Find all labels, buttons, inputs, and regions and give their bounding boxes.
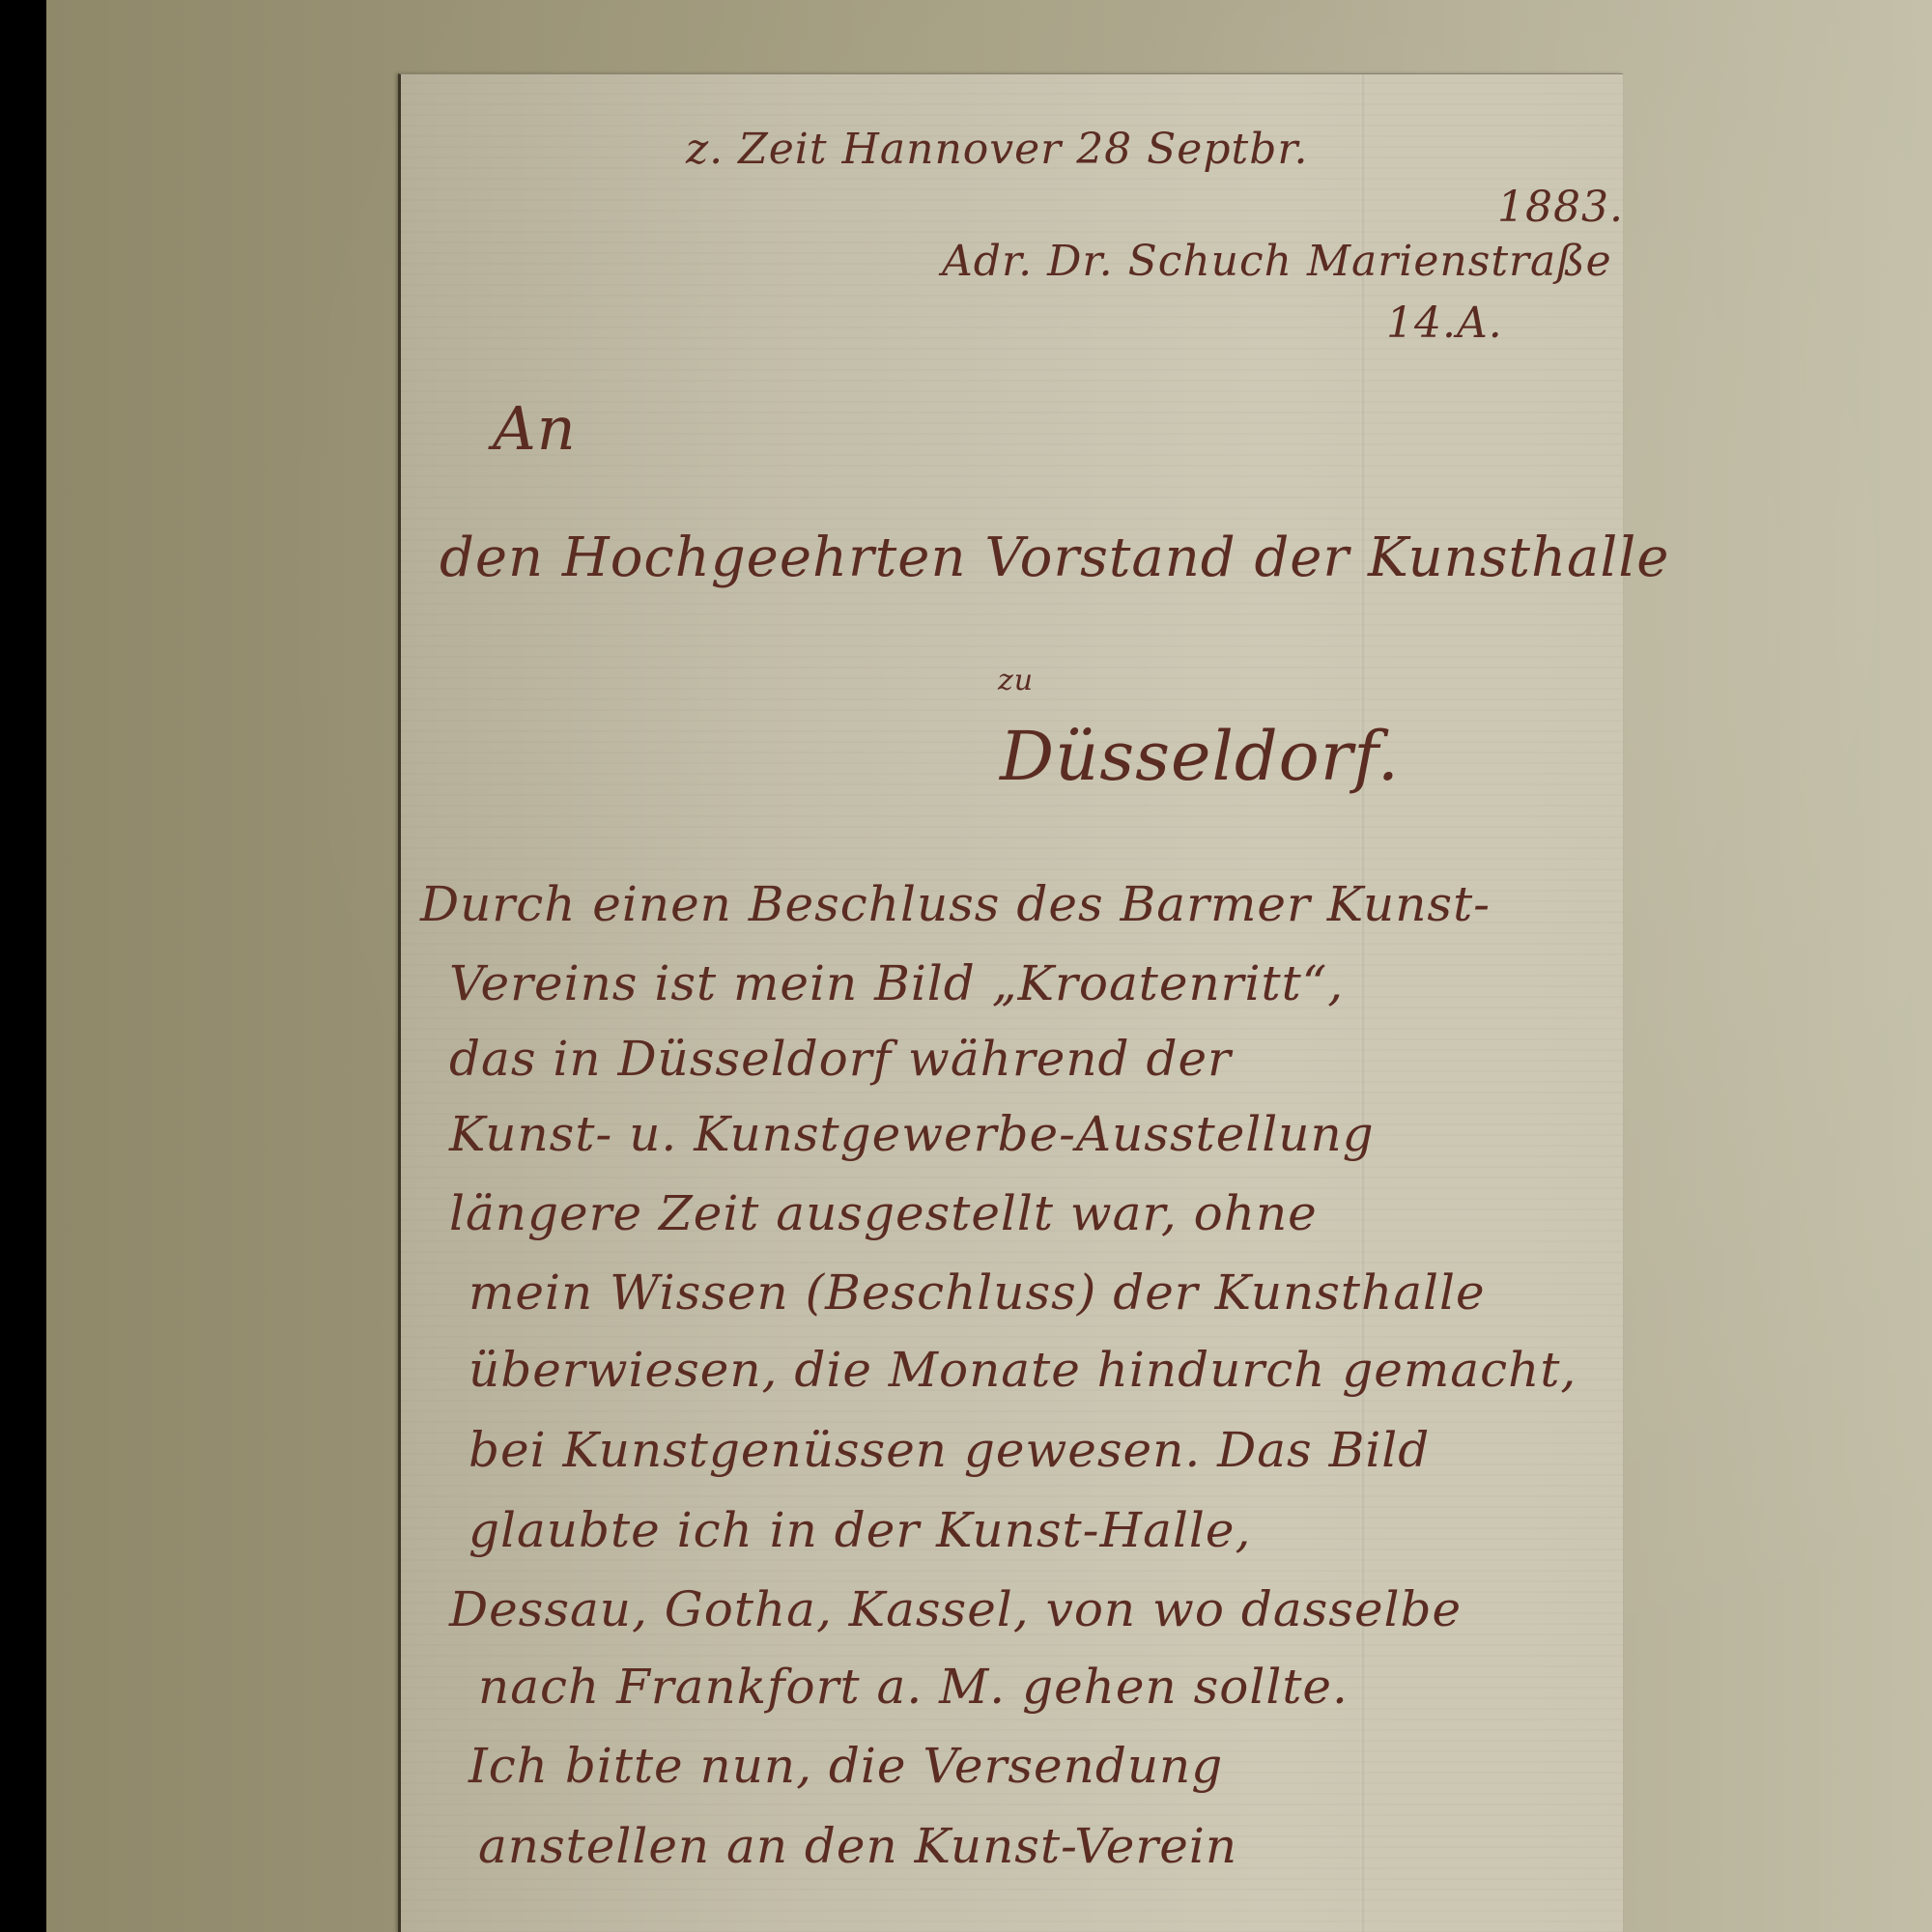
body-line: überwiesen, die Monate hindurch gemacht, xyxy=(469,1342,1577,1398)
body-line: bei Kunstgenüssen gewesen. Das Bild xyxy=(469,1422,1430,1478)
sender-address: Adr. Dr. Schuch Marienstraße xyxy=(942,237,1612,286)
body-line: mein Wissen (Beschluss) der Kunsthalle xyxy=(469,1264,1486,1321)
body-line: Kunst- u. Kunstgewerbe-Ausstellung xyxy=(449,1106,1375,1162)
place-date-line: z. Zeit Hannover 28 Septbr. xyxy=(686,125,1309,174)
salutation-zu: zu xyxy=(998,664,1034,697)
letter-year: 1883. xyxy=(1497,183,1624,232)
salutation-prefix: An xyxy=(493,393,577,464)
body-line: Dessau, Gotha, Kassel, von wo dasselbe xyxy=(449,1581,1462,1637)
paper-fold-line xyxy=(1360,74,1366,1932)
salutation-city: Düsseldorf. xyxy=(1000,717,1400,796)
body-line: längere Zeit ausgestellt war, ohne xyxy=(449,1185,1318,1241)
body-line: nach Frankfort a. M. gehen sollte. xyxy=(478,1659,1349,1715)
salutation-recipient: den Hochgeehrten Vorstand der Kunsthalle xyxy=(440,526,1669,589)
body-line: das in Düsseldorf während der xyxy=(449,1031,1232,1087)
sender-house-number: 14.A. xyxy=(1386,298,1503,348)
body-line: Vereins ist mein Bild „Kroatenritt“, xyxy=(449,955,1344,1011)
body-line: glaubte ich in der Kunst-Halle, xyxy=(469,1502,1251,1558)
body-line: Ich bitte nun, die Versendung xyxy=(469,1738,1223,1794)
body-line: Durch einen Beschluss des Barmer Kunst- xyxy=(420,876,1491,932)
letter-sheet: z. Zeit Hannover 28 Septbr. 1883. Adr. D… xyxy=(398,73,1623,1932)
body-line: anstellen an den Kunst-Verein xyxy=(478,1818,1237,1874)
